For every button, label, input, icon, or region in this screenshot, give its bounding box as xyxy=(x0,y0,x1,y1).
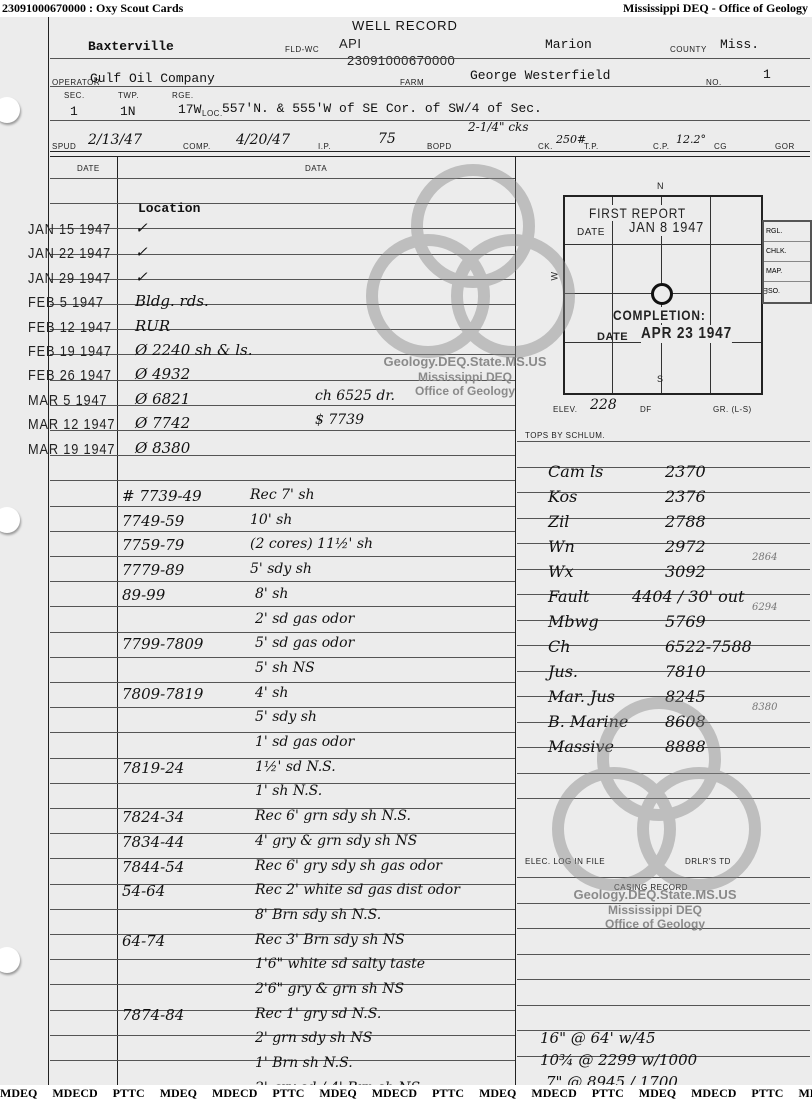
core-depth: 7809-7819 xyxy=(122,685,203,703)
entry-date: JAN 15 1947 xyxy=(28,221,111,238)
punch-hole xyxy=(0,507,20,533)
formation-name: Fault xyxy=(548,587,589,606)
tops-label: TOPS BY SCHLUM. xyxy=(525,431,605,440)
core-depth: 7824-34 xyxy=(122,808,184,826)
footer-tag: MDEQ xyxy=(0,1086,37,1100)
check-box: RGL. CHLK. MAP. ISO. xyxy=(762,220,812,304)
first-report-date: JAN 8 1947 xyxy=(629,219,704,236)
core-description: 1' sd gas odor xyxy=(255,734,354,750)
api-value: 23091000670000 xyxy=(347,53,455,68)
core-description: Rec 3' Brn sdy sh NS xyxy=(255,932,405,948)
completion-label: COMPLETION: xyxy=(613,307,706,323)
core-description: 5' sd gas odor xyxy=(255,635,354,651)
spud-value: 2/13/47 xyxy=(88,132,142,148)
rule-line xyxy=(50,506,515,507)
core-depth: # 7739-49 xyxy=(122,487,202,505)
footer-tag: MDECD xyxy=(372,1086,417,1100)
county-value: Marion xyxy=(545,37,592,52)
ck-value: 250# xyxy=(556,133,586,146)
core-description: Rec 6' gry sdy sh gas odor xyxy=(255,858,442,874)
state-value: Miss. xyxy=(720,37,759,52)
core-description: Rec 2' white sd gas dist odor xyxy=(255,882,460,898)
footer-tag: PTTC xyxy=(592,1086,624,1100)
date-column-header: DATE xyxy=(77,164,100,173)
core-depth: 7749-59 xyxy=(122,512,184,530)
entry-data: RUR xyxy=(135,317,170,335)
ip-label: I.P. xyxy=(318,142,331,151)
footer-tag: MDEQ xyxy=(160,1086,197,1100)
entry-data: ✓ xyxy=(135,219,148,237)
formation-name: Cam ls xyxy=(548,462,603,481)
casing-entry: 7" @ 8945 / 1700 xyxy=(546,1073,678,1085)
location-heading: Location xyxy=(138,201,200,216)
entry-date: JAN 22 1947 xyxy=(28,245,111,262)
entry-data: Ø 2240 sh & ls. xyxy=(135,341,253,359)
footer-tag: PTTC xyxy=(751,1086,783,1100)
entry-data: Ø 7742 xyxy=(135,414,190,432)
core-depth: 89-99 xyxy=(122,586,165,604)
entry-date: FEB 5 1947 xyxy=(28,294,104,311)
rule-line xyxy=(50,430,515,431)
well-record-card: WELL RECORD Baxterville FLD-WC API 23091… xyxy=(0,17,812,1085)
well-location-icon xyxy=(651,283,673,305)
tp-label: T.P. xyxy=(584,142,599,151)
casing-entry: 10¾ @ 2299 w/1000 xyxy=(540,1051,697,1069)
entry-date: MAR 12 1947 xyxy=(28,416,115,433)
footer-tag: MDECD xyxy=(212,1086,257,1100)
ck-label: CK. xyxy=(538,142,553,151)
formation-name: Zil xyxy=(548,512,569,531)
formation-depth: 2376 xyxy=(665,487,706,506)
formation-note: 2864 xyxy=(752,552,777,563)
core-description: 2' gry sd / 4' Brn sh NS xyxy=(255,1080,420,1085)
rule-line xyxy=(50,480,515,481)
elev-label: ELEV. xyxy=(553,405,577,414)
entry-extra: $ 7739 xyxy=(315,412,364,428)
entry-data: ✓ xyxy=(135,243,148,261)
entry-date: FEB 19 1947 xyxy=(28,343,112,360)
rule-line xyxy=(50,455,515,456)
card-title: WELL RECORD xyxy=(352,18,458,33)
rge-value: 17W xyxy=(178,102,201,117)
rule-line xyxy=(50,657,515,658)
footer-tag: MDEQ xyxy=(639,1086,676,1100)
rule-line xyxy=(517,441,810,442)
core-description: 8' sh xyxy=(255,586,288,602)
rule-line xyxy=(517,979,810,980)
comp-value: 4/20/47 xyxy=(236,132,290,148)
footer-tag: MDEQ xyxy=(319,1086,356,1100)
core-description: Rec 7' sh xyxy=(250,487,315,503)
entry-date: MAR 5 1947 xyxy=(28,392,107,409)
loc-value: 557'N. & 555'W of SE Cor. of SW/4 of Sec… xyxy=(222,101,542,116)
core-description: Rec 6' grn sdy sh N.S. xyxy=(255,808,411,824)
ip-value: 75 xyxy=(378,131,396,147)
rule-line xyxy=(50,632,515,633)
core-depth: 54-64 xyxy=(122,882,165,900)
footer-tag: MDEQ xyxy=(798,1086,812,1100)
twp-value: 1N xyxy=(120,104,136,119)
entry-data: ✓ xyxy=(135,268,148,286)
twp-label: TWP. xyxy=(118,91,139,100)
core-description: 1½' sd N.S. xyxy=(255,759,336,775)
rule-line xyxy=(517,954,810,955)
completion-date: APR 23 1947 xyxy=(641,325,732,343)
formation-depth: 4404 / 30' out xyxy=(632,587,745,606)
formation-depth: 2972 xyxy=(665,537,706,556)
formation-depth: 6522-7588 xyxy=(665,637,752,656)
no-value: 1 xyxy=(763,67,771,82)
core-description: 5' sdy sh xyxy=(250,561,312,577)
formation-name: Mbwg xyxy=(548,612,599,631)
core-description: 4' sh xyxy=(255,685,288,701)
formation-note: 8380 xyxy=(752,702,777,713)
formation-depth: 3092 xyxy=(665,562,706,581)
core-description: 8' Brn sdy sh N.S. xyxy=(255,907,381,923)
rge-label: RGE. xyxy=(172,91,194,100)
footer-tag: PTTC xyxy=(432,1086,464,1100)
formation-note: 6294 xyxy=(752,602,777,613)
formation-depth: 2370 xyxy=(665,462,706,481)
header-bar: 23091000670000 : Oxy Scout Cards Mississ… xyxy=(0,0,812,17)
elev-value: 228 xyxy=(590,397,617,413)
formation-name: Jus. xyxy=(548,662,578,681)
rule-line xyxy=(50,531,515,532)
formation-name: Wx xyxy=(548,562,573,581)
rule-line xyxy=(50,707,515,708)
watermark-logo-icon xyxy=(552,697,752,897)
entry-date: JAN 29 1947 xyxy=(28,270,111,287)
farm-value: George Westerfield xyxy=(470,68,610,83)
entry-date: FEB 12 1947 xyxy=(28,319,112,336)
core-description: 1' Brn sh N.S. xyxy=(255,1055,353,1071)
rule-line xyxy=(50,606,515,607)
footer-tag: MDECD xyxy=(691,1086,736,1100)
core-depth: 7779-89 xyxy=(122,561,184,579)
spud-label: SPUD xyxy=(52,142,76,151)
core-description: 2' sd gas odor xyxy=(255,611,354,627)
footer-tag: MDECD xyxy=(52,1086,97,1100)
field-value: Baxterville xyxy=(88,39,174,54)
core-description: 2'6" gry & grn sh NS xyxy=(255,981,404,997)
footer-tag: MDEQ xyxy=(479,1086,516,1100)
loc-label: LOC. xyxy=(202,109,223,118)
core-depth: 7819-24 xyxy=(122,759,184,777)
core-description: (2 cores) 11½' sh xyxy=(250,536,373,552)
header-right: Mississippi DEQ - Office of Geology xyxy=(623,1,808,16)
api-label: API xyxy=(339,36,361,51)
cg-label: CG xyxy=(714,142,727,151)
core-depth: 7844-54 xyxy=(122,858,184,876)
entry-data: Ø 8380 xyxy=(135,439,190,457)
entry-data: Bldg. rds. xyxy=(135,292,209,310)
formation-depth: 2788 xyxy=(665,512,706,531)
rule-line xyxy=(50,581,515,582)
county-label: COUNTY xyxy=(670,45,707,54)
entry-data: Ø 6821 xyxy=(135,390,190,408)
field-label: FLD-WC xyxy=(285,45,319,54)
rule-line xyxy=(50,682,515,683)
sec-label: SEC. xyxy=(64,91,85,100)
core-depth: 7874-84 xyxy=(122,1006,184,1024)
cp-value: 12.2° xyxy=(676,133,706,146)
rule-line xyxy=(50,405,515,406)
formation-depth: 7810 xyxy=(665,662,706,681)
casing-entry: 16" @ 64' w/45 xyxy=(540,1029,655,1047)
section-plat: FIRST REPORT DATE JAN 8 1947 COMPLETION:… xyxy=(563,195,763,395)
core-description: 1' sh N.S. xyxy=(255,783,322,799)
core-description: 5' sh NS xyxy=(255,660,315,676)
footer-tag: PTTC xyxy=(272,1086,304,1100)
cp-label: C.P. xyxy=(653,142,670,151)
formation-name: Wn xyxy=(548,537,575,556)
sec-value: 1 xyxy=(70,104,78,119)
watermark-logo-icon xyxy=(366,164,566,364)
formation-name: Kos xyxy=(548,487,577,506)
header-left: 23091000670000 : Oxy Scout Cards xyxy=(2,1,183,16)
comp-label: COMP. xyxy=(183,142,211,151)
formation-name: Ch xyxy=(548,637,571,656)
core-depth: 7759-79 xyxy=(122,536,184,554)
data-column-header: DATA xyxy=(305,164,327,173)
entry-date: FEB 26 1947 xyxy=(28,367,112,384)
core-description: 5' sdy sh xyxy=(255,709,317,725)
bopd-value: 2-1/4" cks xyxy=(468,120,529,134)
footer-bar: MDEQMDECDPTTCMDEQMDECDPTTCMDEQMDECDPTTCM… xyxy=(0,1086,812,1106)
formation-depth: 5769 xyxy=(665,612,706,631)
core-depth: 7834-44 xyxy=(122,833,184,851)
rule-line xyxy=(50,556,515,557)
operator-value: Gulf Oil Company xyxy=(90,71,215,86)
entry-date: MAR 19 1947 xyxy=(28,441,115,458)
core-description: 10' sh xyxy=(250,512,292,528)
core-description: 1'6" white sd salty taste xyxy=(255,956,425,972)
rule-line xyxy=(517,1005,810,1006)
core-depth: 64-74 xyxy=(122,932,165,950)
core-description: Rec 1' gry sd N.S. xyxy=(255,1006,381,1022)
core-depth: 7799-7809 xyxy=(122,635,203,653)
entry-data: Ø 4932 xyxy=(135,365,190,383)
bopd-label: BOPD xyxy=(427,142,452,151)
gor-label: GOR xyxy=(775,142,795,151)
footer-tag: PTTC xyxy=(113,1086,145,1100)
punch-hole xyxy=(0,947,20,973)
punch-hole xyxy=(0,97,20,123)
core-description: 4' gry & grn sdy sh NS xyxy=(255,833,417,849)
footer-tag: MDECD xyxy=(531,1086,576,1100)
core-description: 2' grn sdy sh NS xyxy=(255,1030,372,1046)
